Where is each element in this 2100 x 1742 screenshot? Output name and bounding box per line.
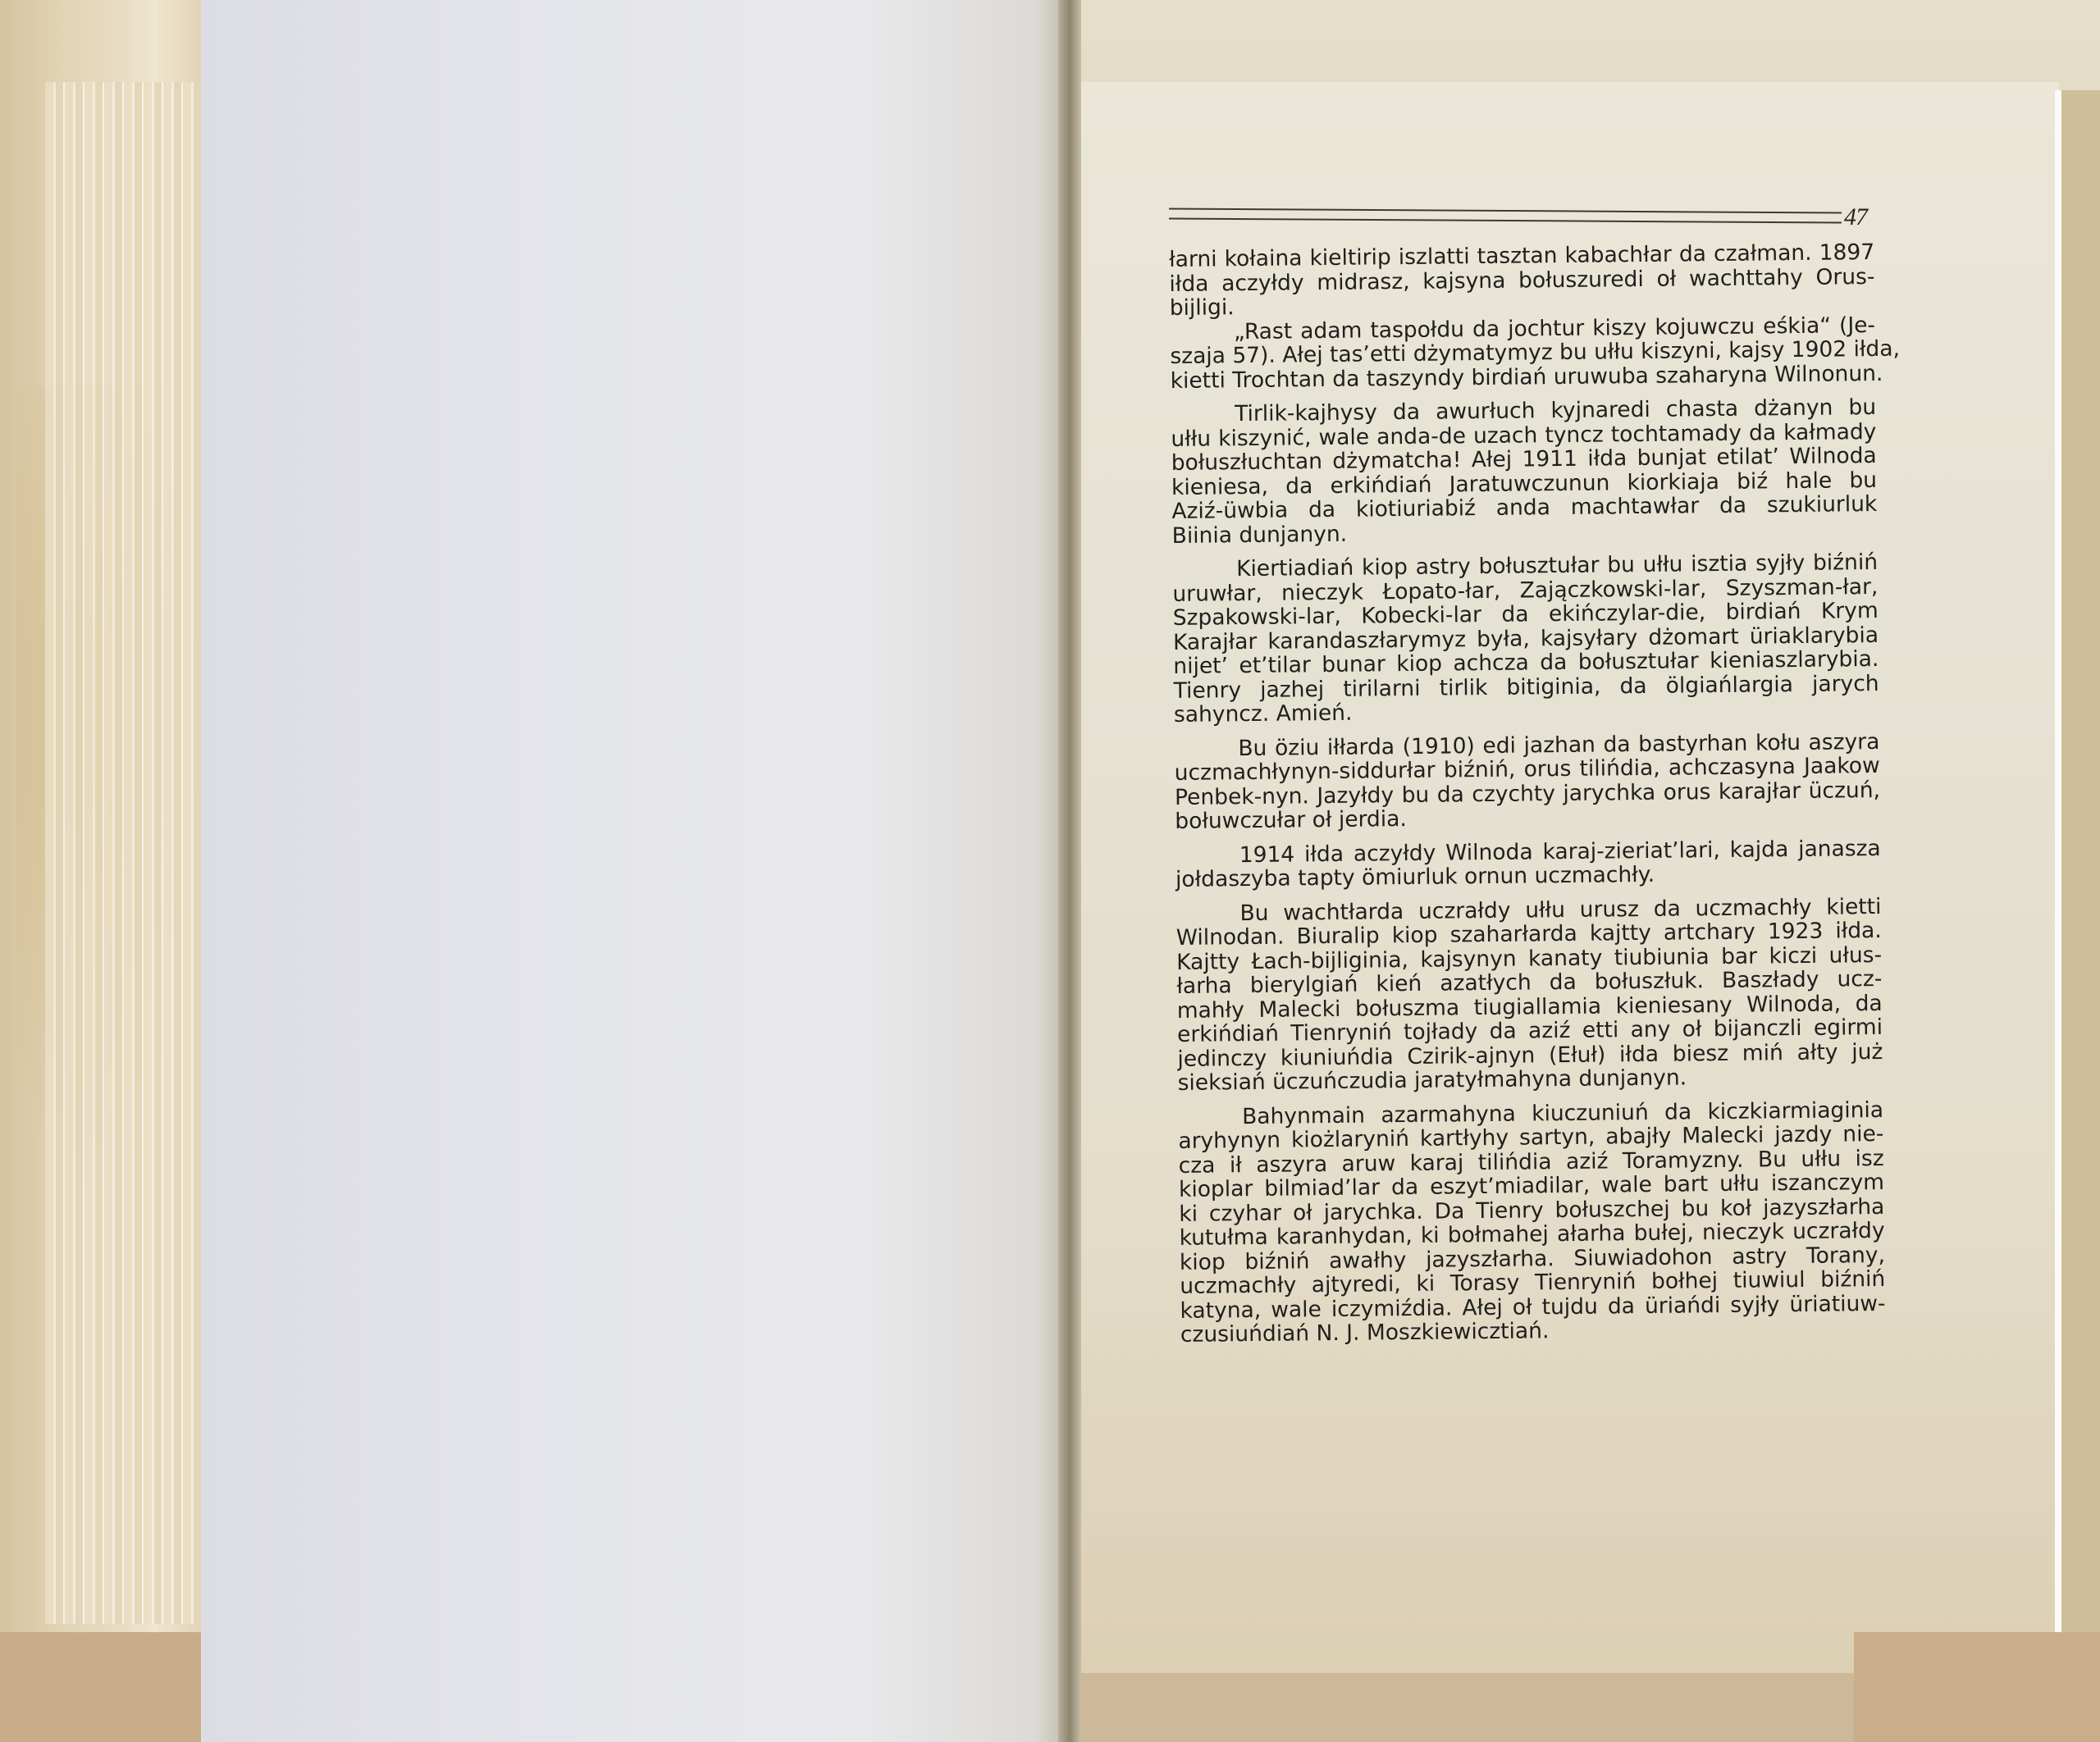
body-text: łarni kołaina kieltirip iszlatti tasztan… <box>1169 240 1886 1357</box>
text-line: sieksiań üczuńczudia jaratyłmahyna dunja… <box>1178 1064 1883 1096</box>
paragraph: łarni kołaina kieltirip iszlatti tasztan… <box>1169 240 1875 321</box>
page-stack <box>45 82 219 1624</box>
left-blank-page <box>201 0 1071 1742</box>
paragraph: Bu öziu iłłarda (1910) edi jazhan da bas… <box>1174 729 1880 833</box>
background-surface-top <box>1071 0 2100 90</box>
paragraph: Bu wachtłarda uczrałdy ułłu urusz da ucz… <box>1176 894 1883 1095</box>
text-line: bołuwczułar oł jerdia. <box>1175 802 1880 834</box>
paragraph: „Rast adam taspołdu da jochtur kiszy koj… <box>1170 312 1876 393</box>
paragraph: 1914 iłda aczyłdy Wilnoda karaj-zieriat’… <box>1176 836 1882 892</box>
page-number: 47 <box>1844 203 1867 231</box>
book-page-edges <box>0 0 221 1742</box>
text-line: sahyncz. Amień. <box>1174 695 1879 727</box>
paragraph: Kiertiadiań kiop astry bołusztułar bu uł… <box>1172 550 1879 727</box>
book-gutter <box>1058 0 1081 1742</box>
paragraph: Tirlik-kajhysy da awurłuch kyjnaredi cha… <box>1171 395 1878 548</box>
paragraph: Bahynmain azarmahyna kiuczuniuń da kiczk… <box>1178 1097 1886 1347</box>
text-line: jołdaszyba tapty ömiurluk ornun uczmachł… <box>1176 860 1881 892</box>
right-page-edge <box>2055 90 2100 1632</box>
background-surface <box>0 1632 213 1742</box>
background-surface-bottom <box>1854 1632 2100 1742</box>
text-line: czusiuńdiań N. J. Moszkiewicztiań. <box>1180 1316 1886 1348</box>
